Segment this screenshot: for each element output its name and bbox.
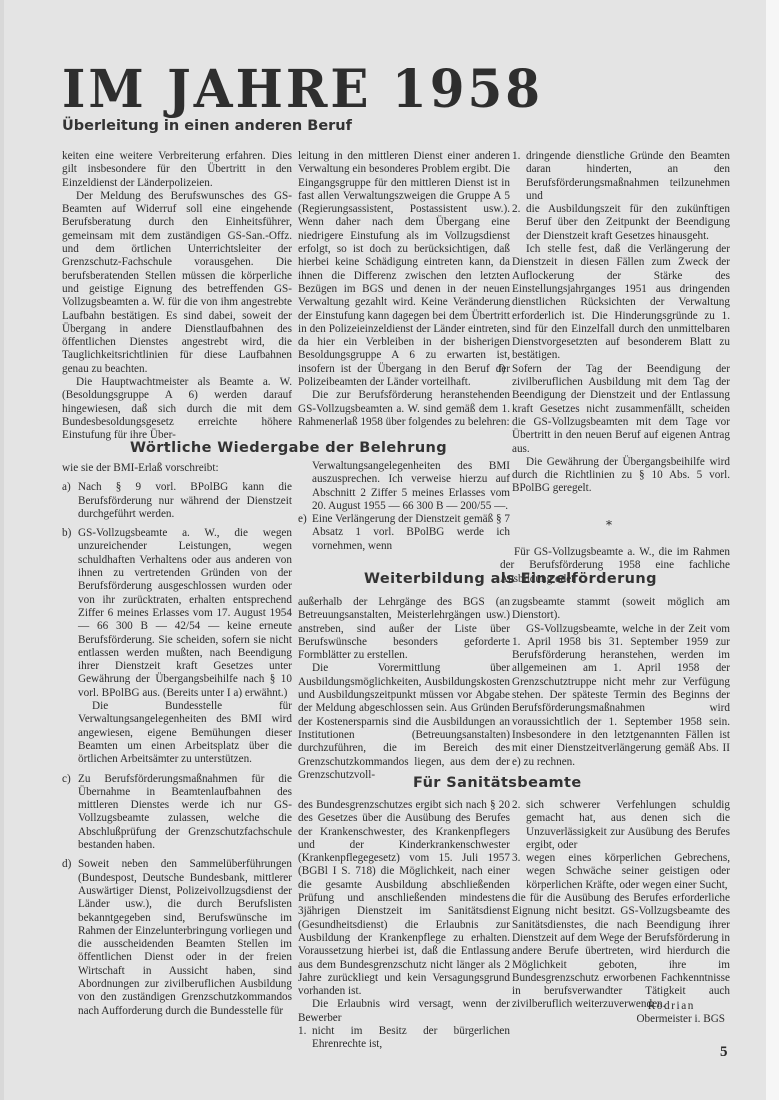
paragraph: wie sie der BMI-Erlaß vorschreibt: bbox=[62, 462, 292, 475]
section-heading-sanitaetsbeamte: Für Sanitätsbeamte bbox=[413, 775, 582, 791]
paragraph: Verwaltungsangelegenheiten des BMI auszu… bbox=[298, 460, 510, 513]
page-right-margin bbox=[766, 0, 779, 1100]
signature: Rodrian Obermeister i. BGS bbox=[560, 1000, 725, 1027]
list-item: e)Eine Verlängerung der Dienstzeit gemäß… bbox=[298, 513, 510, 553]
list-item: 2.die Ausbildungszeit für den zukünftige… bbox=[512, 203, 730, 243]
list-item: 2.sich schwerer Verfehlungen schuldig ge… bbox=[512, 799, 730, 852]
section3-column-3: zugsbeamte stammt (soweit möglich am Die… bbox=[512, 596, 730, 769]
paragraph: Der Meldung des Berufswunsches des GS-Be… bbox=[62, 190, 292, 376]
paragraph: Die Erlaubnis wird versagt, wenn der Bew… bbox=[298, 998, 510, 1025]
list-item: 3.wegen eines körperlichen Gebrechens, w… bbox=[512, 852, 730, 892]
signature-name: Rodrian bbox=[560, 1000, 725, 1013]
paragraph: leitung in den mittleren Dienst einer an… bbox=[298, 150, 510, 389]
paragraph: Ich stelle fest, daß die Verlängerung de… bbox=[512, 243, 730, 363]
section4-column-3: 2.sich schwerer Verfehlungen schuldig ge… bbox=[512, 799, 730, 1012]
section2-column-1: wie sie der BMI-Erlaß vorschreibt: a)Nac… bbox=[62, 462, 292, 1018]
list-item: a)Nach § 9 vorl. BPolBG kann die Berufsf… bbox=[62, 481, 292, 521]
paragraph: Die Hauptwachtmeister als Beamte a. W. (… bbox=[62, 376, 292, 442]
list-item: c)Zu Berufsförderungsmaßnahmen für die Ü… bbox=[62, 773, 292, 853]
signature-title: Obermeister i. BGS bbox=[560, 1013, 725, 1026]
paragraph: des Bundesgrenzschutzes ergibt sich nach… bbox=[298, 799, 510, 998]
page-title: IM JAHRE 1958 bbox=[62, 63, 543, 116]
list-item: f)Sofern der Tag der Beendigung der zivi… bbox=[498, 363, 730, 456]
section1-column-2: leitung in den mittleren Dienst einer an… bbox=[298, 150, 510, 429]
section-heading-belehrung: Wörtliche Wiedergabe der Belehrung bbox=[130, 440, 447, 456]
page-number: 5 bbox=[720, 1044, 728, 1061]
section1-column-1: keiten eine weitere Verbreiterung erfahr… bbox=[62, 150, 292, 443]
list-item: b)GS-Vollzugsbeamte a. W., die wegen unz… bbox=[62, 527, 292, 766]
section-separator-star: * bbox=[606, 518, 612, 532]
list-item: 1.nicht im Besitz der bürgerlichen Ehren… bbox=[298, 1025, 510, 1052]
page-left-edge bbox=[0, 0, 4, 1100]
section-heading-weiterbildung: Weiterbildung als Einzelförderung bbox=[364, 571, 657, 587]
page-subtitle: Überleitung in einen anderen Beruf bbox=[62, 118, 352, 134]
list-item: 1.dringende dienstliche Gründe den Beamt… bbox=[512, 150, 730, 203]
paragraph: GS-Vollzugsbeamte, welche in der Zeit vo… bbox=[512, 623, 730, 769]
section2-column-2: Verwaltungsangelegenheiten des BMI auszu… bbox=[298, 460, 510, 553]
paragraph: Die Gewährung der Übergangsbeihilfe wird… bbox=[512, 456, 730, 496]
paragraph: die für die Ausübung des Berufes erforde… bbox=[512, 892, 730, 1012]
paragraph: außerhalb der Lehrgänge des BGS (an Betr… bbox=[298, 596, 510, 662]
section1-column-3: 1.dringende dienstliche Gründe den Beamt… bbox=[512, 150, 730, 496]
paragraph: zugsbeamte stammt (soweit möglich am Die… bbox=[512, 596, 730, 623]
paragraph: keiten eine weitere Verbreiterung erfahr… bbox=[62, 150, 292, 190]
paragraph: Die Vorermittlung über Ausbildungsmöglic… bbox=[298, 662, 510, 782]
list-item: d)Soweit neben den Sammelüberführungen (… bbox=[62, 858, 292, 1018]
paragraph: Die zur Berufsförderung heranstehenden G… bbox=[298, 389, 510, 429]
section3-column-2: außerhalb der Lehrgänge des BGS (an Betr… bbox=[298, 596, 510, 782]
section4-column-2: des Bundesgrenzschutzes ergibt sich nach… bbox=[298, 799, 510, 1052]
